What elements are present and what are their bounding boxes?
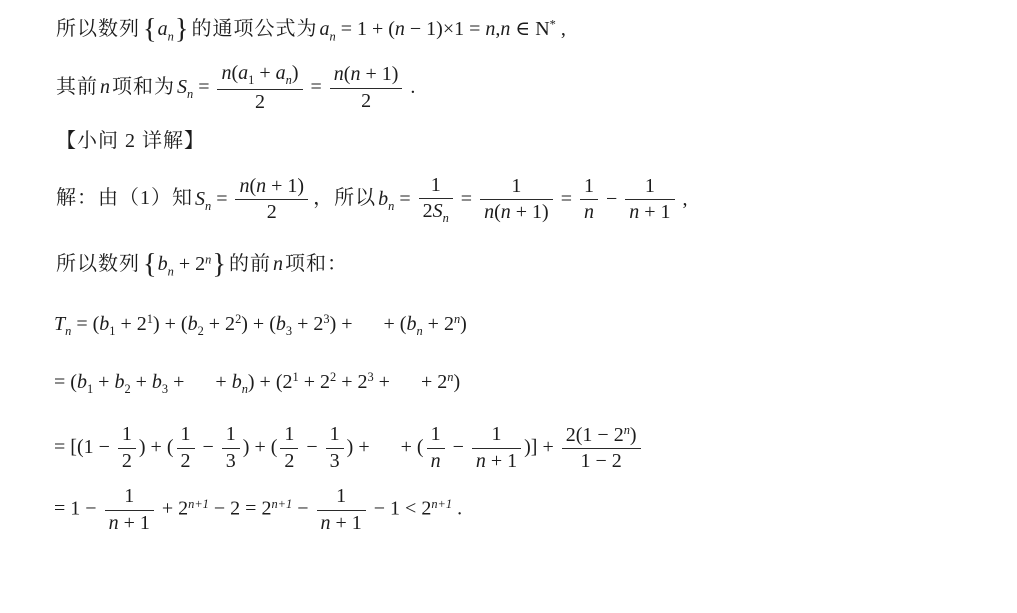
- chinese-text: 所以数列: [56, 253, 140, 275]
- math-text: ,: [556, 18, 566, 40]
- math-variable: S: [177, 76, 187, 98]
- math-variable: n: [239, 175, 249, 197]
- document-page: 所以数列{an}的通项公式为an = 1 + (n − 1)×1 = n,n ∈…: [0, 0, 1017, 535]
- math-text: ) + (: [139, 436, 174, 458]
- math-text: ) + (2: [248, 371, 293, 393]
- math-text: 1: [226, 423, 236, 445]
- math-text: 1: [181, 423, 191, 445]
- curly-brace: }: [212, 249, 226, 280]
- fraction: 13: [222, 423, 240, 473]
- math-variable: n: [485, 18, 495, 40]
- math-text: 2: [255, 91, 265, 113]
- numerator: 1: [625, 175, 674, 201]
- math-text: 1: [330, 423, 340, 445]
- superscript: n+1: [271, 497, 292, 511]
- chinese-text: 项和：: [285, 253, 348, 275]
- math-variable: n: [500, 18, 510, 40]
- math-variable: b: [188, 313, 198, 335]
- math-variable: n: [273, 253, 283, 275]
- numerator: 1: [177, 423, 195, 449]
- math-text: + 1: [331, 512, 362, 534]
- math-variable: b: [99, 313, 109, 335]
- math-text: + 2: [174, 253, 205, 275]
- math-text: ): [292, 62, 299, 84]
- math-text: 1: [431, 174, 441, 196]
- math-variable: a: [238, 62, 248, 84]
- denominator: 2: [217, 90, 302, 115]
- denominator: n: [580, 200, 598, 225]
- math-text: ): [460, 313, 467, 335]
- numerator: n(n + 1): [330, 63, 403, 89]
- math-text: +: [215, 371, 231, 393]
- math-text: +: [254, 62, 275, 84]
- math-variable: b: [406, 313, 416, 335]
- math-text: + 1): [266, 175, 304, 197]
- fraction: n(n + 1)2: [235, 175, 308, 225]
- math-text: +: [168, 371, 189, 393]
- fraction: 12Sn: [419, 174, 453, 226]
- math-variable: a: [276, 62, 286, 84]
- math-text: ) +: [347, 436, 375, 458]
- math-variable: T: [54, 313, 65, 335]
- math-text: =: [556, 187, 577, 209]
- math-variable: n: [221, 62, 231, 84]
- subquestion-2-heading: 【小问 2 详解】: [54, 128, 997, 155]
- math-text: −: [301, 436, 322, 458]
- fraction: 1n: [580, 175, 598, 225]
- curly-brace: }: [175, 14, 189, 45]
- denominator: n(n + 1): [480, 200, 553, 225]
- numerator: 1: [222, 423, 240, 449]
- numerator: 1: [326, 423, 344, 449]
- math-text: 1: [431, 423, 441, 445]
- denominator: 2: [177, 449, 195, 474]
- math-text: + 1): [360, 63, 398, 85]
- math-variable: n: [476, 450, 486, 472]
- math-text: − 2 = 2: [209, 498, 272, 520]
- math-variable: S: [433, 200, 443, 222]
- math-text: +: [93, 371, 114, 393]
- math-text: =: [394, 187, 415, 209]
- fraction: 1n + 1: [625, 175, 674, 225]
- numerator: 1: [105, 485, 154, 511]
- denominator: 1 − 2: [562, 449, 641, 474]
- math-text: +: [131, 371, 152, 393]
- numerator: 1: [118, 423, 136, 449]
- fraction: 12: [118, 423, 136, 473]
- math-variable: n: [629, 201, 639, 223]
- math-text: ) + (: [243, 436, 278, 458]
- numerator: 2(1 − 2n): [562, 423, 641, 449]
- math-text: +: [374, 371, 395, 393]
- chinese-text: 解：由（1）知: [56, 187, 193, 209]
- math-variable: n: [501, 201, 511, 223]
- math-text: =: [456, 187, 477, 209]
- math-text: ,: [678, 187, 688, 209]
- math-variable: n: [395, 18, 405, 40]
- math-text: 2: [284, 450, 294, 472]
- math-text: =: [211, 187, 232, 209]
- math-variable: n: [256, 175, 266, 197]
- math-text: − 1 < 2: [369, 498, 432, 520]
- math-variable: n: [100, 76, 110, 98]
- fraction: n(a1 + an)2: [217, 62, 302, 114]
- math-text: .: [452, 498, 462, 520]
- math-text: 1: [336, 485, 346, 507]
- chinese-text: 的通项公式为: [191, 18, 317, 40]
- tn-expansion-line: Tn = (b1 + 21) + (b2 + 22) + (b3 + 23) +…: [54, 311, 997, 340]
- math-text: 2: [181, 450, 191, 472]
- math-text: −: [292, 498, 313, 520]
- denominator: n: [427, 449, 445, 474]
- math-variable: n: [431, 450, 441, 472]
- series-sum-intro-line: 所以数列{bn + 2n}的前n项和：: [54, 251, 997, 280]
- denominator: 2: [280, 449, 298, 474]
- math-variable: n: [484, 201, 494, 223]
- math-text: = [(1 −: [54, 436, 115, 458]
- math-text: 2(1 − 2: [566, 424, 624, 446]
- numerator: 1: [580, 175, 598, 201]
- math-text: −: [448, 436, 469, 458]
- math-text: + 2: [157, 498, 188, 520]
- math-text: 1: [284, 423, 294, 445]
- numerator: 1: [317, 485, 366, 511]
- math-text: =: [193, 76, 214, 98]
- denominator: 2: [330, 89, 403, 114]
- math-text: ) +: [330, 313, 358, 335]
- chinese-text: 所以数列: [56, 18, 140, 40]
- denominator: n + 1: [105, 511, 154, 536]
- math-variable: n: [350, 63, 360, 85]
- math-text: .: [405, 76, 415, 98]
- denominator: 2: [118, 449, 136, 474]
- chinese-text: 【小问 2 详解】: [56, 130, 205, 152]
- numerator: 1: [480, 175, 553, 201]
- numerator: n(n + 1): [235, 175, 308, 201]
- math-text: 2: [361, 90, 371, 112]
- general-term-formula-line: 所以数列{an}的通项公式为an = 1 + (n − 1)×1 = n,n ∈…: [54, 16, 997, 45]
- tn-grouping-line: = (b1 + b2 + b3 + + bn) + (21 + 22 + 23 …: [54, 369, 997, 398]
- math-variable: b: [152, 371, 162, 393]
- math-variable: b: [232, 371, 242, 393]
- math-text: 3: [226, 450, 236, 472]
- curly-brace: {: [143, 14, 157, 45]
- fraction: 2(1 − 2n)1 − 2: [562, 423, 641, 474]
- fraction: 12: [177, 423, 195, 473]
- final-result-line: = 1 − 1n + 1 + 2n+1 − 2 = 2n+1 − 1n + 1 …: [54, 485, 997, 535]
- chinese-text: 项和为: [112, 76, 175, 98]
- subscript: n: [443, 211, 449, 225]
- math-variable: n: [584, 201, 594, 223]
- math-text: 2: [423, 200, 433, 222]
- chinese-text: 其前: [56, 76, 98, 98]
- math-text: ): [453, 371, 460, 393]
- math-text: + (: [384, 313, 407, 335]
- fraction: 13: [326, 423, 344, 473]
- numerator: n(a1 + an): [217, 62, 302, 90]
- math-text: 1: [122, 423, 132, 445]
- math-text: + 2: [423, 313, 454, 335]
- math-variable: n: [109, 512, 119, 534]
- chinese-text: 的前: [229, 253, 271, 275]
- superscript: n: [205, 252, 211, 266]
- fraction: n(n + 1)2: [330, 63, 403, 113]
- math-text: )] +: [524, 436, 559, 458]
- numerator: 1: [472, 423, 521, 449]
- telescoping-line: = [(1 − 12) + (12 − 13) + (12 − 13) + + …: [54, 423, 997, 474]
- math-variable: a: [158, 18, 168, 40]
- math-variable: b: [158, 253, 168, 275]
- math-text: + 2: [115, 313, 146, 335]
- fraction: 1n: [427, 423, 445, 473]
- math-variable: b: [114, 371, 124, 393]
- sum-formula-line: 其前n项和为Sn = n(a1 + an)2 = n(n + 1)2 .: [54, 62, 997, 114]
- math-text: ): [630, 424, 637, 446]
- math-text: ) + (: [241, 313, 276, 335]
- bn-derivation-line: 解：由（1）知Sn = n(n + 1)2，所以bn = 12Sn = 1n(n…: [54, 174, 997, 226]
- math-variable: b: [276, 313, 286, 335]
- math-text: 1: [124, 485, 134, 507]
- denominator: 3: [222, 449, 240, 474]
- math-text: 1: [511, 175, 521, 197]
- math-text: 1 − 2: [581, 450, 622, 472]
- math-variable: a: [319, 18, 329, 40]
- math-text: 1: [492, 423, 502, 445]
- denominator: n + 1: [317, 511, 366, 536]
- subscript: n: [168, 29, 174, 43]
- math-text: + 1: [119, 512, 150, 534]
- denominator: 2: [235, 200, 308, 225]
- math-text: −: [601, 187, 622, 209]
- math-text: = 1 −: [54, 498, 102, 520]
- math-text: 3: [330, 450, 340, 472]
- chinese-text: ，所以: [313, 187, 376, 209]
- math-variable: b: [378, 187, 388, 209]
- fraction: 1n + 1: [472, 423, 521, 473]
- math-text: = 1 + (: [336, 18, 395, 40]
- denominator: 2Sn: [419, 199, 453, 226]
- math-text: 1: [645, 175, 655, 197]
- denominator: n + 1: [625, 200, 674, 225]
- math-text: + 1: [486, 450, 517, 472]
- numerator: 1: [419, 174, 453, 200]
- math-text: + (: [401, 436, 424, 458]
- numerator: 1: [280, 423, 298, 449]
- fraction: 1n + 1: [317, 485, 366, 535]
- math-text: + 2: [421, 371, 447, 393]
- math-text: + 2: [292, 313, 323, 335]
- curly-brace: {: [143, 249, 157, 280]
- math-text: + 1): [511, 201, 549, 223]
- math-text: (: [494, 201, 501, 223]
- numerator: 1: [427, 423, 445, 449]
- math-text: =: [306, 76, 327, 98]
- superscript: n+1: [188, 497, 209, 511]
- math-variable: n: [321, 512, 331, 534]
- fraction: 1n + 1: [105, 485, 154, 535]
- math-text: −: [198, 436, 219, 458]
- superscript: n+1: [431, 497, 452, 511]
- math-text: ) + (: [153, 313, 188, 335]
- math-text: 2: [267, 201, 277, 223]
- math-variable: n: [334, 63, 344, 85]
- math-text: + 2: [299, 371, 330, 393]
- math-text: 1: [584, 175, 594, 197]
- math-text: − 1)×1 =: [405, 18, 486, 40]
- denominator: 3: [326, 449, 344, 474]
- fraction: 12: [280, 423, 298, 473]
- denominator: n + 1: [472, 449, 521, 474]
- math-text: = (: [71, 313, 99, 335]
- math-text: ∈ N: [510, 18, 549, 40]
- math-variable: b: [77, 371, 87, 393]
- math-text: 2: [122, 450, 132, 472]
- fraction: 1n(n + 1): [480, 175, 553, 225]
- math-text: = (: [54, 371, 77, 393]
- math-text: + 2: [204, 313, 235, 335]
- math-text: + 2: [336, 371, 367, 393]
- document-body: 所以数列{an}的通项公式为an = 1 + (n − 1)×1 = n,n ∈…: [54, 16, 997, 535]
- math-variable: S: [195, 187, 205, 209]
- math-text: + 1: [639, 201, 670, 223]
